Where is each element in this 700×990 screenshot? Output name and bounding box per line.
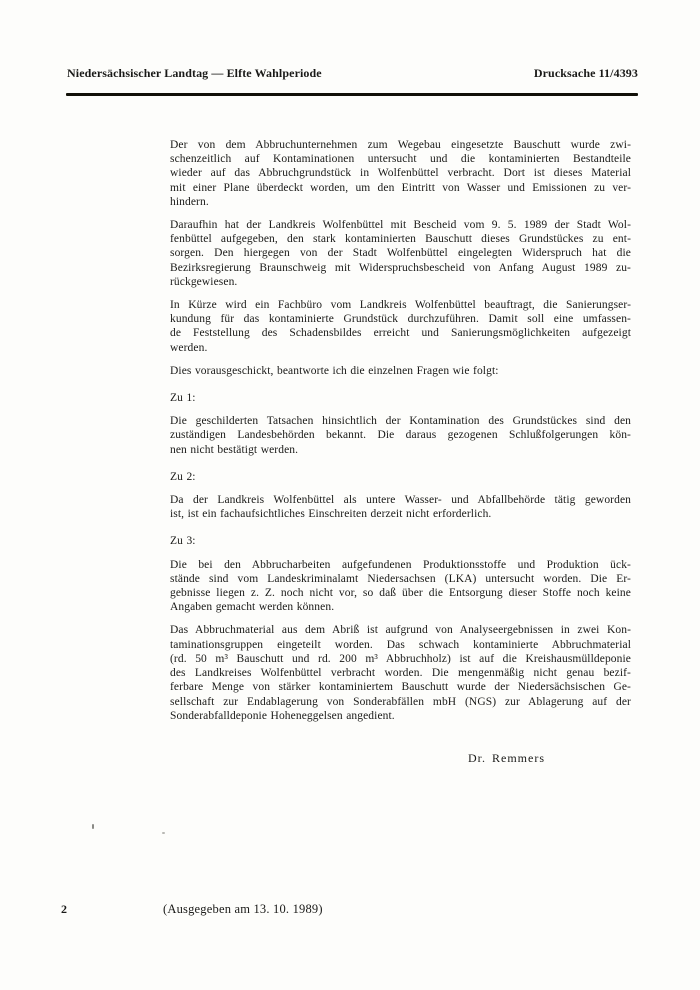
text-line: gebnisse liegen z. Z. noch nicht vor, so… [170, 586, 631, 600]
paragraph: Der von dem Abbruchunternehmen zum Wegeb… [170, 138, 631, 209]
text-line: de Feststellung des Schadensbildes errei… [170, 326, 631, 340]
section-heading: Zu 3: [170, 534, 631, 548]
text-line: In Kürze wird ein Fachbüro vom Landkreis… [170, 298, 631, 312]
text-line: kundung für das kontaminierte Grundstück… [170, 312, 631, 326]
text-line: des Landkreises Wolfenbüttel verbracht w… [170, 666, 631, 680]
paragraph: Die bei den Abbrucharbeiten aufgefundene… [170, 558, 631, 615]
document-body: Der von dem Abbruchunternehmen zum Wegeb… [170, 138, 631, 732]
text-line: hindern. [170, 195, 631, 209]
header-rule [66, 93, 638, 96]
text-line: ferbare Menge von stärker kontaminiertem… [170, 680, 631, 694]
text-line: Das Abbruchmaterial aus dem Abriß ist au… [170, 623, 631, 637]
paragraph: Dies vorausgeschickt, beantworte ich die… [170, 364, 631, 378]
text-line: stände sind vom Landeskriminalamt Nieder… [170, 572, 631, 586]
header-drucksache-number: Drucksache 11/4393 [534, 66, 638, 81]
paragraph: Daraufhin hat der Landkreis Wolfenbüttel… [170, 218, 631, 289]
text-line: Die geschilderten Tatsachen hinsichtlich… [170, 414, 631, 428]
scan-speck [162, 832, 165, 834]
text-line: zuständigen Landesbehörden bekannt. Die … [170, 428, 631, 442]
text-line: mit einer Plane überdeckt worden, um den… [170, 181, 631, 195]
text-line: Da der Landkreis Wolfenbüttel als untere… [170, 493, 631, 507]
text-line: Bezirksregierung Braunschweig mit Widers… [170, 261, 631, 275]
header-parliament-title: Niedersächsischer Landtag — Elfte Wahlpe… [67, 66, 322, 81]
text-line: Angaben gemacht werden können. [170, 600, 631, 614]
text-line: ist, ist ein fachaufsichtliches Einschre… [170, 507, 631, 521]
text-line: Dies vorausgeschickt, beantworte ich die… [170, 364, 631, 378]
text-line: schenzeitlich auf Kontaminationen unters… [170, 152, 631, 166]
text-line: fenbüttel aufgegeben, den stark kontamin… [170, 232, 631, 246]
footer-issued-date: (Ausgegeben am 13. 10. 1989) [163, 902, 323, 917]
scan-speck [92, 824, 94, 829]
text-line: Sonderabfalldeponie Hoheneggelsen angedi… [170, 709, 631, 723]
text-line: wieder auf das Abbruchgrundstück in Wolf… [170, 166, 631, 180]
text-line: sorgen. Den hiergegen von der Stadt Wolf… [170, 246, 631, 260]
paragraph: Das Abbruchmaterial aus dem Abriß ist au… [170, 623, 631, 722]
text-line: werden. [170, 341, 631, 355]
section-heading: Zu 1: [170, 391, 631, 405]
paragraph: Die geschilderten Tatsachen hinsichtlich… [170, 414, 631, 457]
scanned-document-page: { "header": { "left": "Niedersächsischer… [0, 0, 700, 990]
signature-name: Dr. Remmers [468, 751, 545, 766]
text-line: rückgewiesen. [170, 275, 631, 289]
text-line: taminationsgruppen eingeteilt worden. Da… [170, 638, 631, 652]
paragraph: Da der Landkreis Wolfenbüttel als untere… [170, 493, 631, 521]
text-line: nen nicht bestätigt werden. [170, 443, 631, 457]
text-line: Der von dem Abbruchunternehmen zum Wegeb… [170, 138, 631, 152]
text-line: Daraufhin hat der Landkreis Wolfenbüttel… [170, 218, 631, 232]
page-header: Niedersächsischer Landtag — Elfte Wahlpe… [67, 66, 638, 81]
paragraph: In Kürze wird ein Fachbüro vom Landkreis… [170, 298, 631, 355]
text-line: sellschaft zur Endablagerung von Sondera… [170, 695, 631, 709]
section-heading: Zu 2: [170, 470, 631, 484]
footer-page-number: 2 [61, 902, 67, 917]
text-line: (rd. 50 m³ Bauschutt und rd. 200 m³ Abbr… [170, 652, 631, 666]
text-line: Die bei den Abbrucharbeiten aufgefundene… [170, 558, 631, 572]
